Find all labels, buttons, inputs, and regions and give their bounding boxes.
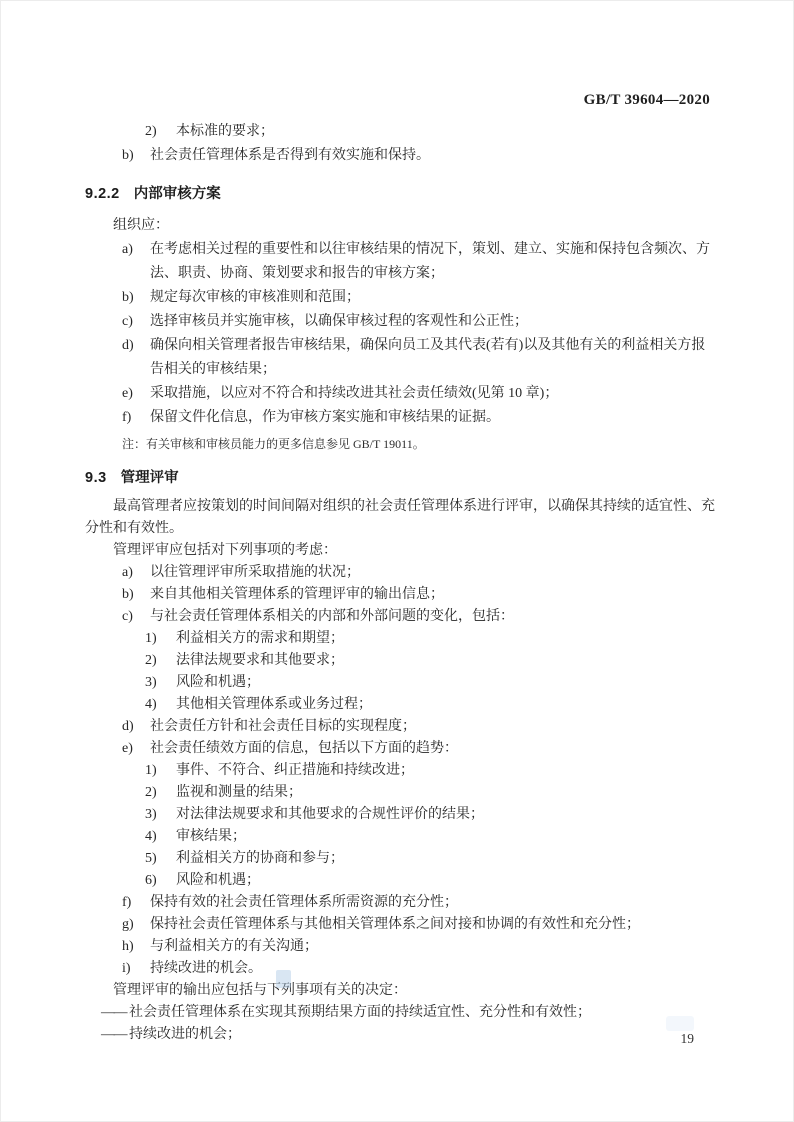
list-item-text: 选择审核员并实施审核，以确保审核过程的客观性和公正性；	[150, 310, 715, 334]
list-item-marker: f)	[122, 892, 150, 914]
list-item-marker: b)	[122, 144, 150, 168]
clause-title: 内部审核方案	[134, 186, 221, 202]
list-item-text: 风险和机遇；	[176, 672, 715, 694]
list-item-marker: 2)	[145, 782, 176, 804]
list-item: 2) 监视和测量的结果；	[85, 782, 715, 804]
list-item-text: 法律法规要求和其他要求；	[176, 650, 715, 672]
list-item: d) 社会责任方针和社会责任目标的实现程度；	[85, 716, 715, 738]
list-item-text: 社会责任方针和社会责任目标的实现程度；	[150, 716, 715, 738]
list-item: i) 持续改进的机会。	[85, 958, 715, 980]
list-item: 4) 审核结果；	[85, 826, 715, 848]
list-item-marker: b)	[122, 286, 150, 310]
page-number: 19	[681, 1031, 695, 1047]
clause-number: 9.3	[85, 470, 107, 486]
list-item-marker: 4)	[145, 826, 176, 848]
list-item-marker: 3)	[145, 672, 176, 694]
selection-highlight-artifact	[276, 970, 291, 988]
list-item-marker: b)	[122, 584, 150, 606]
clause-note: 注：有关审核和审核员能力的更多信息参见 GB/T 19011。	[85, 434, 715, 454]
clause-number: 9.2.2	[85, 186, 120, 202]
running-header-doc-code: GB/T 39604—2020	[584, 92, 710, 109]
list-item-text: 事件、不符合、纠正措施和持续改进；	[176, 760, 715, 782]
list-item-text: 在考虑相关过程的重要性和以往审核结果的情况下，策划、建立、实施和保持包含频次、方…	[150, 238, 715, 286]
list-item-marker: e)	[122, 382, 150, 406]
paragraph-review: 最高管理者应按策划的时间间隔对组织的社会责任管理体系进行评审，以确保其持续的适宜…	[85, 496, 715, 540]
list-item-text: 利益相关方的需求和期望；	[176, 628, 715, 650]
list-item-marker: 2)	[145, 120, 176, 144]
list-item: 6) 风险和机遇；	[85, 870, 715, 892]
list-item-marker: 1)	[145, 628, 176, 650]
list-item-text: 审核结果；	[176, 826, 715, 848]
page-content: 2) 本标准的要求； b) 社会责任管理体系是否得到有效实施和保持。 9.2.2…	[85, 120, 715, 1046]
list-item-marker: 1)	[145, 760, 176, 782]
dash-list-item: ——持续改进的机会；	[85, 1024, 715, 1046]
list-item: e) 采取措施，以应对不符合和持续改进其社会责任绩效(见第 10 章)；	[85, 382, 715, 406]
list-item-text: 其他相关管理体系或业务过程；	[176, 694, 715, 716]
list-item-text: 来自其他相关管理体系的管理评审的输出信息；	[150, 584, 715, 606]
list-item: c) 选择审核员并实施审核，以确保审核过程的客观性和公正性；	[85, 310, 715, 334]
list-item-marker: d)	[122, 334, 150, 382]
list-item-text: 监视和测量的结果；	[176, 782, 715, 804]
note-text: 有关审核和审核员能力的更多信息参见 GB/T 19011。	[146, 437, 425, 451]
list-item-text: 社会责任绩效方面的信息，包括以下方面的趋势：	[150, 738, 715, 760]
list-item-text: 以往管理评审所采取措施的状况；	[150, 562, 715, 584]
list-item-text: 与社会责任管理体系相关的内部和外部问题的变化，包括：	[150, 606, 715, 628]
list-item: 4) 其他相关管理体系或业务过程；	[85, 694, 715, 716]
list-item-marker: i)	[122, 958, 150, 980]
list-item: f) 保持有效的社会责任管理体系所需资源的充分性；	[85, 892, 715, 914]
list-item-marker: a)	[122, 238, 150, 286]
list-item: b) 来自其他相关管理体系的管理评审的输出信息；	[85, 584, 715, 606]
list-item-text: 确保向相关管理者报告审核结果，确保向员工及其代表(若有)以及其他有关的利益相关方…	[150, 334, 715, 382]
list-item: a) 在考虑相关过程的重要性和以往审核结果的情况下，策划、建立、实施和保持包含频…	[85, 238, 715, 286]
list-item: 5) 利益相关方的协商和参与；	[85, 848, 715, 870]
list-item-text: 与利益相关方的有关沟通；	[150, 936, 715, 958]
clause-title: 管理评审	[121, 470, 179, 486]
em-dash-bullet: ——	[101, 1005, 126, 1020]
list-item: e) 社会责任绩效方面的信息，包括以下方面的趋势：	[85, 738, 715, 760]
document-page: GB/T 39604—2020 2) 本标准的要求； b) 社会责任管理体系是否…	[0, 0, 794, 1122]
section-93: 9.3管理评审 最高管理者应按策划的时间间隔对组织的社会责任管理体系进行评审，以…	[85, 466, 715, 1046]
list-item-text: 规定每次审核的审核准则和范围；	[150, 286, 715, 310]
list-item: b) 规定每次审核的审核准则和范围；	[85, 286, 715, 310]
list-item: b) 社会责任管理体系是否得到有效实施和保持。	[85, 144, 715, 168]
list-item-marker: 5)	[145, 848, 176, 870]
list-item-marker: g)	[122, 914, 150, 936]
list-item: g) 保持社会责任管理体系与其他相关管理体系之间对接和协调的有效性和充分性；	[85, 914, 715, 936]
list-item: d) 确保向相关管理者报告审核结果，确保向员工及其代表(若有)以及其他有关的利益…	[85, 334, 715, 382]
scan-smudge-artifact	[666, 1016, 694, 1031]
paragraph-output: 管理评审的输出应包括与下列事项有关的决定：	[85, 980, 715, 1002]
list-item-text: 社会责任管理体系是否得到有效实施和保持。	[150, 144, 715, 168]
list-item-marker: 4)	[145, 694, 176, 716]
list-item-marker: 3)	[145, 804, 176, 826]
list-item-marker: e)	[122, 738, 150, 760]
list-item: 1) 利益相关方的需求和期望；	[85, 628, 715, 650]
list-item-marker: 2)	[145, 650, 176, 672]
list-item-text: 保持有效的社会责任管理体系所需资源的充分性；	[150, 892, 715, 914]
list-item: 3) 对法律法规要求和其他要求的合规性评价的结果；	[85, 804, 715, 826]
list-item-marker: f)	[122, 406, 150, 430]
paragraph-intro: 组织应：	[85, 214, 715, 238]
list-item-text: 本标准的要求；	[176, 120, 715, 144]
dash-item-text: 持续改进的机会；	[129, 1027, 241, 1042]
list-item: f) 保留文件化信息，作为审核方案实施和审核结果的证据。	[85, 406, 715, 430]
list-item-marker: c)	[122, 606, 150, 628]
list-item-text: 对法律法规要求和其他要求的合规性评价的结果；	[176, 804, 715, 826]
dash-list-item: ——社会责任管理体系在实现其预期结果方面的持续适宜性、充分性和有效性；	[85, 1002, 715, 1024]
list-item: 2) 法律法规要求和其他要求；	[85, 650, 715, 672]
list-item: 3) 风险和机遇；	[85, 672, 715, 694]
list-item-text: 保持社会责任管理体系与其他相关管理体系之间对接和协调的有效性和充分性；	[150, 914, 715, 936]
list-item-marker: h)	[122, 936, 150, 958]
clause-heading-922: 9.2.2内部审核方案	[85, 182, 715, 206]
list-item: 1) 事件、不符合、纠正措施和持续改进；	[85, 760, 715, 782]
list-item-text: 持续改进的机会。	[150, 958, 715, 980]
list-item: c) 与社会责任管理体系相关的内部和外部问题的变化，包括：	[85, 606, 715, 628]
em-dash-bullet: ——	[101, 1027, 126, 1042]
list-item-marker: a)	[122, 562, 150, 584]
list-item-text: 采取措施，以应对不符合和持续改进其社会责任绩效(见第 10 章)；	[150, 382, 715, 406]
note-label: 注：	[122, 437, 146, 451]
list-item-marker: d)	[122, 716, 150, 738]
list-item: 2) 本标准的要求；	[85, 120, 715, 144]
list-item-marker: 6)	[145, 870, 176, 892]
list-item-text: 利益相关方的协商和参与；	[176, 848, 715, 870]
list-item: h) 与利益相关方的有关沟通；	[85, 936, 715, 958]
list-item-text: 保留文件化信息，作为审核方案实施和审核结果的证据。	[150, 406, 715, 430]
paragraph-considerations: 管理评审应包括对下列事项的考虑：	[85, 540, 715, 562]
clause-heading-93: 9.3管理评审	[85, 466, 715, 490]
dash-item-text: 社会责任管理体系在实现其预期结果方面的持续适宜性、充分性和有效性；	[129, 1005, 591, 1020]
list-item-marker: c)	[122, 310, 150, 334]
list-item: a) 以往管理评审所采取措施的状况；	[85, 562, 715, 584]
list-item-text: 风险和机遇；	[176, 870, 715, 892]
